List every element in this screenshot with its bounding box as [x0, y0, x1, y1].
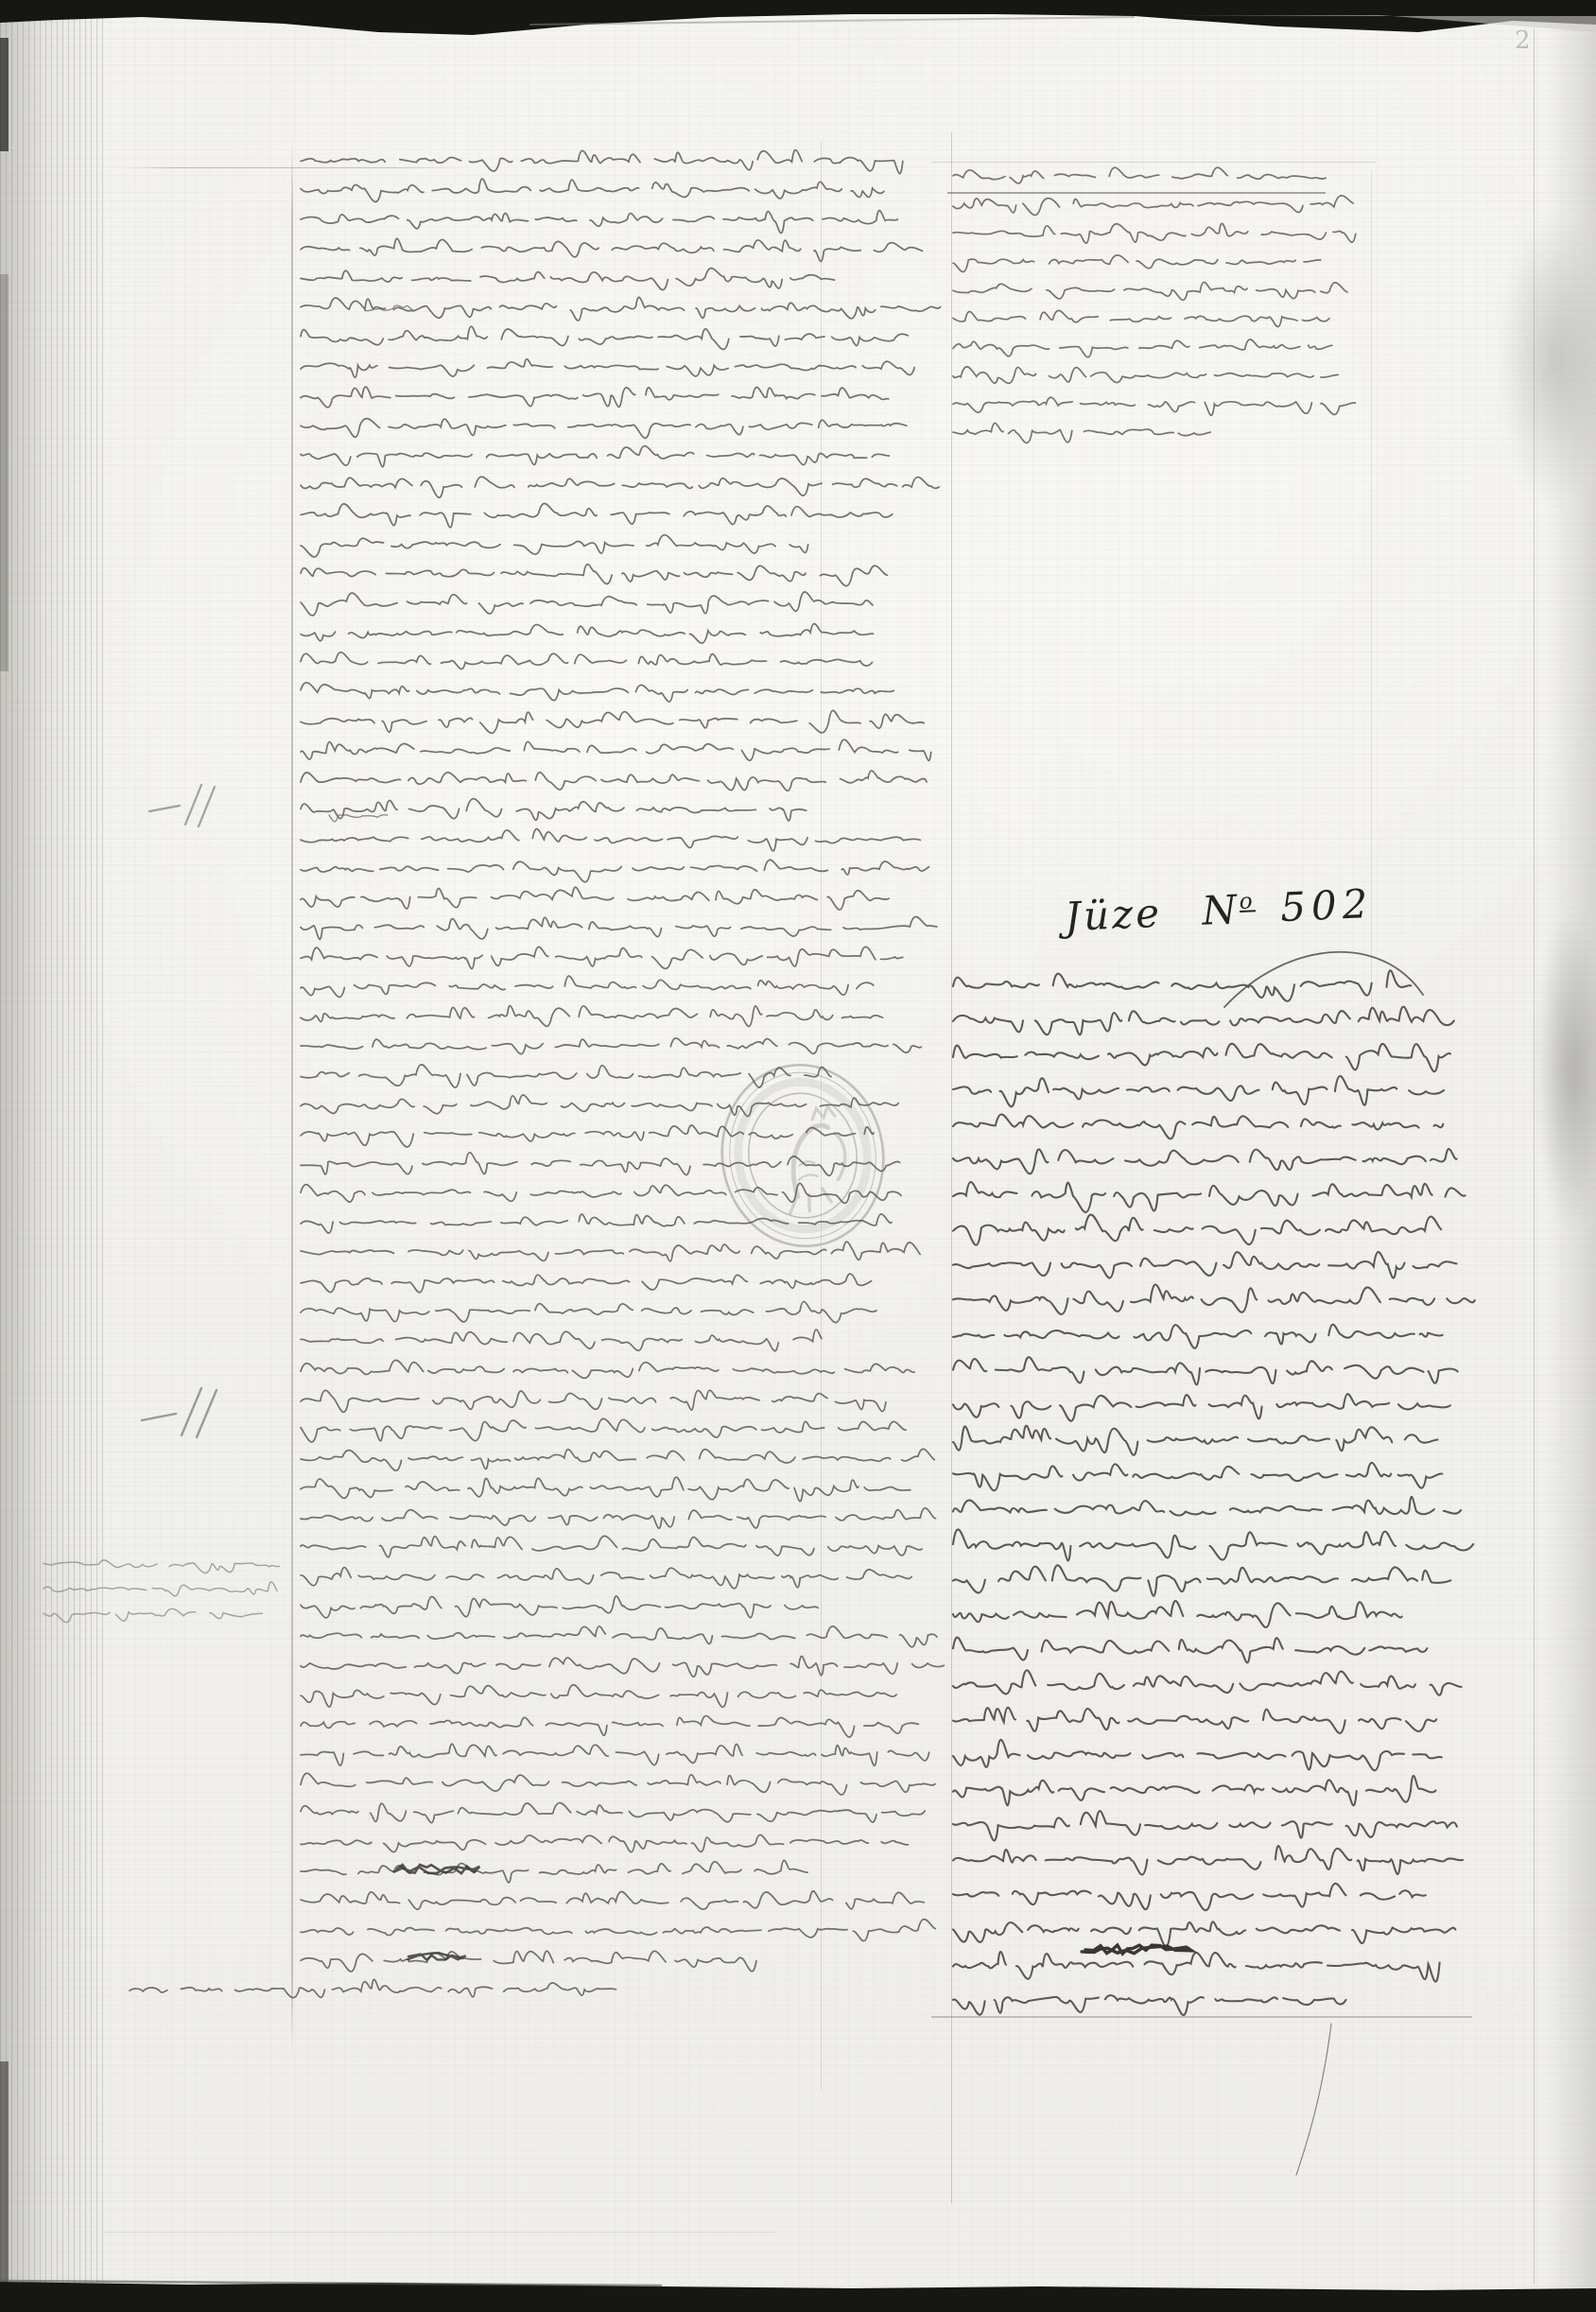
- handwriting-line: [953, 1952, 1440, 1982]
- handwriting-line: [301, 1508, 936, 1529]
- handwriting-line: [953, 1426, 1438, 1455]
- handwriting-line: [301, 1536, 922, 1556]
- handwriting-line: [301, 269, 835, 290]
- manuscript-scan-page: { "document": { "kind": "Scanned archiva…: [0, 0, 1596, 2312]
- handwriting-line: [301, 211, 897, 234]
- handwriting-line: [953, 397, 1356, 415]
- handwriting-line: [953, 1811, 1457, 1840]
- handwriting-line: [301, 1477, 911, 1501]
- handwriting-line: [953, 1670, 1462, 1695]
- handwriting-line: [301, 297, 941, 321]
- handwriting-line: [301, 387, 889, 408]
- handwriting-line: [301, 1596, 818, 1618]
- handwriting-line: [301, 446, 889, 467]
- handwriting-line: [301, 1214, 892, 1233]
- handwriting-line: [953, 1601, 1402, 1627]
- handwriting-line: [301, 683, 893, 702]
- handwriting-line: [301, 1006, 883, 1027]
- handwriting-line: [953, 1357, 1458, 1384]
- label-number: 502: [1279, 880, 1374, 930]
- handwriting-line: [953, 367, 1338, 383]
- handwriting-line: [953, 310, 1329, 326]
- handwriting-line: [953, 1529, 1473, 1560]
- handwriting-line: [301, 1449, 934, 1470]
- handwriting-line: [301, 1626, 937, 1647]
- handwriting-line: [301, 1860, 807, 1883]
- handwriting-line: [953, 255, 1321, 272]
- handwriting-line: [953, 223, 1356, 243]
- handwriting-line: [301, 1242, 920, 1261]
- margin-mark-icon: [134, 1369, 248, 1464]
- handwriting-line: [953, 1497, 1461, 1516]
- handwriting-layer: [0, 0, 1596, 2312]
- handwriting-line: [953, 1076, 1444, 1106]
- handwriting-line: [329, 815, 388, 822]
- handwriting-line: [953, 1149, 1457, 1173]
- handwriting-line: [301, 739, 931, 760]
- handwriting-line: [301, 624, 874, 644]
- handwriting-line: [953, 1740, 1442, 1770]
- handwriting-line: [301, 1920, 935, 1941]
- handwriting-line: [953, 1114, 1443, 1139]
- handwriting-line: [953, 1638, 1427, 1663]
- handwriting-line: [953, 1995, 1346, 2015]
- handwriting-line: [953, 1325, 1443, 1348]
- handwriting-line: [301, 150, 903, 174]
- handwriting-line: [301, 1360, 914, 1378]
- handwriting-line: [953, 1708, 1436, 1733]
- handwriting-line: [953, 970, 1411, 1000]
- handwriting-line: [953, 1044, 1450, 1071]
- handwriting-line: [301, 771, 927, 791]
- handwriting-line: [301, 976, 874, 997]
- handwriting-line: [301, 592, 873, 616]
- handwriting-line: [301, 860, 929, 881]
- handwriting-line: [301, 1951, 756, 1972]
- handwriting-line: [301, 1744, 929, 1765]
- handwriting-line: [43, 1608, 262, 1622]
- handwriting-line: [301, 916, 937, 939]
- handwriting-line: [953, 1182, 1466, 1212]
- handwriting-line: [1224, 952, 1423, 1007]
- handwriting-line: [301, 359, 914, 377]
- handwriting-line: [43, 1582, 277, 1596]
- handwriting-line: [43, 1560, 279, 1573]
- handwriting-line: [301, 1095, 898, 1116]
- handwriting-line: [953, 282, 1347, 300]
- handwriting-line: [301, 419, 907, 439]
- handwriting-line: [301, 535, 808, 557]
- handwriting-line: [1296, 2024, 1331, 2175]
- handwriting-line: [301, 1183, 901, 1203]
- handwriting-line: [953, 196, 1353, 216]
- label-prefix: Jüze: [1064, 890, 1163, 940]
- handwriting-line: [953, 1884, 1426, 1910]
- handwriting-line: [1082, 1945, 1191, 1954]
- handwriting-line: [953, 1007, 1454, 1035]
- handwriting-line: [301, 1390, 886, 1412]
- handwriting-line: [301, 238, 923, 261]
- handwriting-line: [301, 1803, 925, 1823]
- handwriting-line: [301, 1330, 822, 1351]
- handwriting-line: [301, 477, 939, 497]
- handwriting-line: [301, 1125, 874, 1147]
- handwriting-line: [953, 1252, 1457, 1278]
- handwriting-line: [953, 1921, 1455, 1946]
- handwriting-line: [301, 1568, 911, 1589]
- handwriting-line: [301, 1038, 921, 1054]
- handwriting-line: [301, 652, 873, 669]
- handwriting-line: [130, 1979, 616, 1997]
- handwriting-line: [301, 326, 908, 349]
- handwriting-line: [953, 167, 1326, 183]
- handwriting-line: [301, 1153, 900, 1175]
- scan-border-top: [0, 0, 1596, 57]
- scan-border-bottom2: [0, 2269, 1596, 2312]
- handwriting-line: [408, 1953, 465, 1959]
- handwriting-line: [301, 1773, 935, 1795]
- handwriting-line: [301, 1301, 876, 1322]
- handwriting-line: [301, 1891, 924, 1909]
- handwriting-line: [301, 1274, 872, 1293]
- margin-mark-icon: [142, 766, 246, 851]
- handwriting-line: [301, 504, 893, 528]
- handwriting-line: [953, 1463, 1442, 1491]
- handwriting-line: [301, 1418, 906, 1442]
- handwriting-line: [953, 1285, 1475, 1314]
- handwriting-line: [301, 829, 920, 851]
- handwriting-line: [301, 565, 888, 586]
- label-no-abbrev: No: [1201, 885, 1257, 933]
- handwriting-line: [953, 1215, 1441, 1245]
- handwriting-line: [953, 1565, 1450, 1595]
- handwriting-line: [953, 1394, 1450, 1421]
- handwriting-line: [301, 799, 807, 821]
- handwriting-line: [301, 947, 903, 968]
- handwriting-line: [301, 1716, 918, 1737]
- handwriting-line: [301, 1657, 944, 1678]
- handwriting-line: [301, 1834, 908, 1851]
- handwriting-line: [301, 710, 924, 733]
- handwriting-line: [953, 1776, 1436, 1805]
- handwriting-line: [953, 1846, 1463, 1874]
- handwriting-line: [301, 1685, 896, 1708]
- handwriting-line: [953, 339, 1332, 357]
- handwriting-line: [301, 1065, 831, 1087]
- handwriting-line: [301, 887, 889, 910]
- handwriting-line: [301, 179, 884, 201]
- handwriting-line: [953, 424, 1210, 443]
